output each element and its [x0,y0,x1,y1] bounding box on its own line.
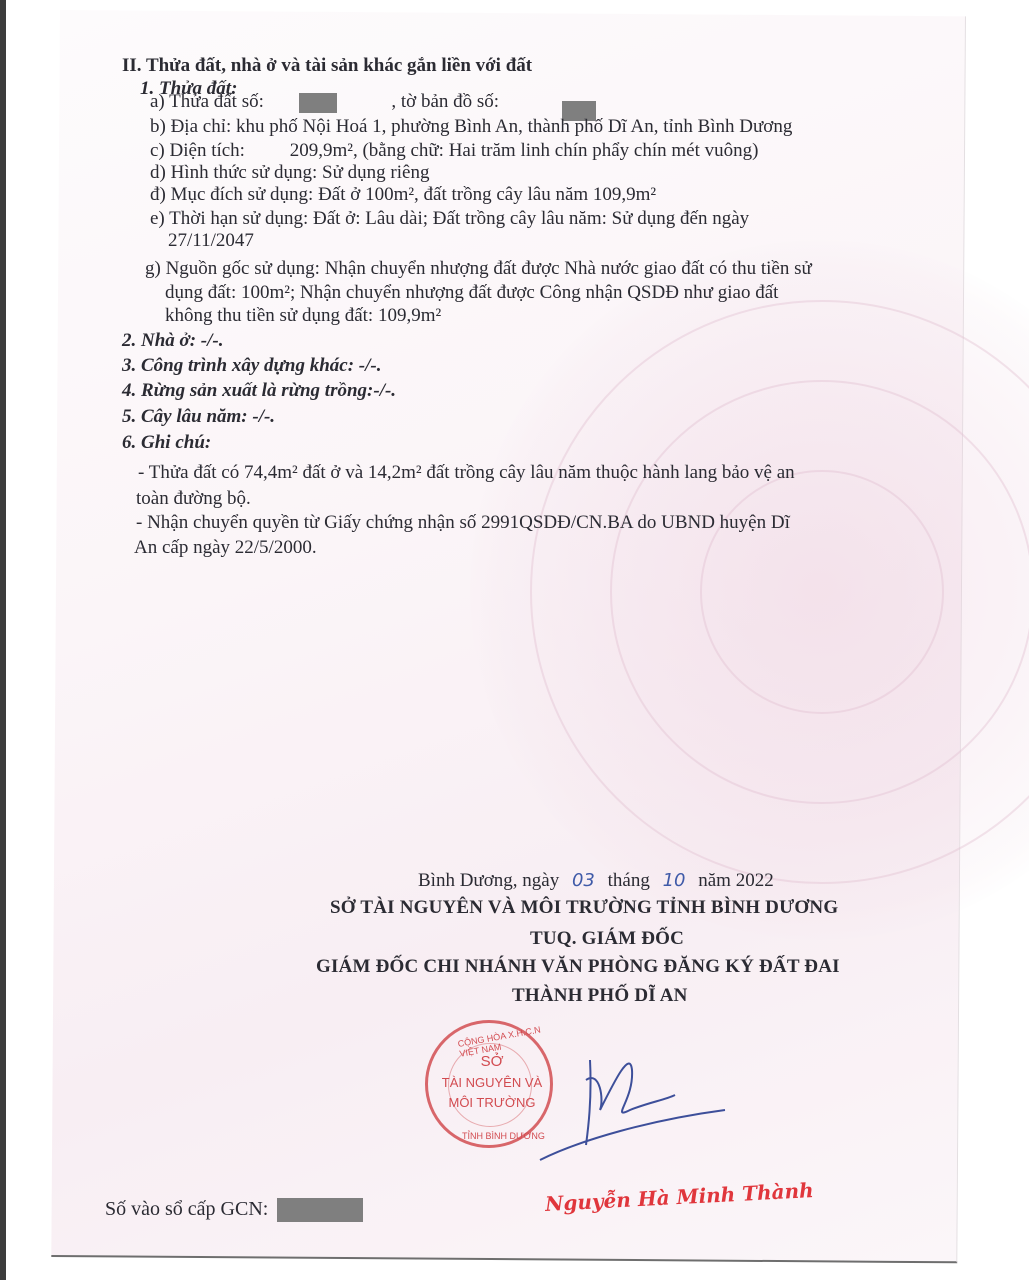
origin-row-2: dụng đất: 100m²; Nhận chuyển nhượng đất … [165,282,778,304]
house-row: 2. Nhà ở: -/-. [122,330,224,352]
other-construction-row: 3. Công trình xây dựng khác: -/-. [122,355,381,377]
usage-form-row: d) Hình thức sử dụng: Sử dụng riêng [150,162,429,184]
date-year: năm 2022 [698,870,773,891]
area-row: c) Diện tích: 209,9m², (bằng chữ: Hai tr… [150,140,758,162]
registry-label: Số vào sổ cấp GCN: [105,1198,268,1220]
signer-name: Nguyễn Hà Minh Thành [545,1178,815,1216]
certificate-page: II. Thửa đất, nhà ở và tài sản khác gắn … [0,0,1029,1280]
registry-number-redacted [277,1198,363,1222]
parcel-number-label: a) Thửa đất số: [150,91,264,112]
issue-date: Bình Dương, ngày 03 tháng 10 năm 2022 [418,870,774,892]
date-month-label: tháng [608,870,650,891]
map-sheet-label: , tờ bản đồ số: [391,91,499,112]
usage-purpose-row: đ) Mục đích sử dụng: Đất ở 100m², đất tr… [150,184,656,206]
org-line-3: GIÁM ĐỐC CHI NHÁNH VĂN PHÒNG ĐĂNG KÝ ĐẤT… [316,956,840,978]
usage-term-row: e) Thời hạn sử dụng: Đất ở: Lâu dài; Đất… [150,208,749,230]
note-2-line-1: - Nhận chuyển quyền từ Giấy chứng nhận s… [136,512,790,534]
production-forest-row: 4. Rừng sản xuất là rừng trồng:-/-. [122,380,396,402]
handwritten-signature [500,1040,730,1170]
note-1-line-2: toàn đường bộ. [136,488,251,510]
section-title: II. Thửa đất, nhà ở và tài sản khác gắn … [122,55,532,77]
origin-row-3: không thu tiền sử dụng đất: 109,9m² [165,305,441,327]
note-2-line-2: An cấp ngày 22/5/2000. [134,537,317,559]
usage-term-date: 27/11/2047 [168,230,254,252]
registry-number-row: Số vào sổ cấp GCN: [105,1198,363,1222]
parcel-number-row: a) Thửa đất số: , tờ bản đồ số: [150,91,596,113]
date-month: 10 [663,870,686,891]
address-row: b) Địa chỉ: khu phố Nội Hoá 1, phường Bì… [150,116,792,138]
date-prefix: Bình Dương, ngày [418,870,559,891]
org-line-1: SỞ TÀI NGUYÊN VÀ MÔI TRƯỜNG TỈNH BÌNH DƯ… [330,897,838,919]
area-value: 209,9m², (bằng chữ: Hai trăm linh chín p… [290,140,759,161]
notes-heading: 6. Ghi chú: [122,432,211,454]
org-line-2: TUQ. GIÁM ĐỐC [530,928,684,950]
origin-row-1: g) Nguồn gốc sử dụng: Nhận chuyển nhượng… [145,258,812,280]
area-label: c) Diện tích: [150,140,245,161]
perennial-trees-row: 5. Cây lâu năm: -/-. [122,406,275,428]
org-line-4: THÀNH PHỐ DĨ AN [512,985,688,1007]
date-day: 03 [572,870,595,891]
note-1-line-1: - Thửa đất có 74,4m² đất ở và 14,2m² đất… [138,462,795,484]
parcel-number-redacted [299,93,337,113]
